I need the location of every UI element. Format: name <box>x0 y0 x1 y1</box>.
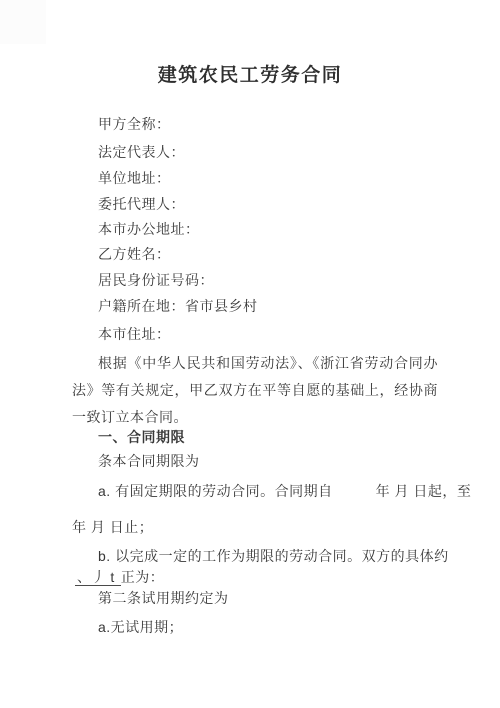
field-city-residence-address: 本市住址： <box>98 326 171 342</box>
field-city-office-address: 本市办公地址： <box>98 221 200 237</box>
section-1-heading: 一、合同期限 <box>98 429 185 445</box>
preamble-paragraph: 根据《中华人民共和国劳动法》、《浙江省劳动合同办法》等有关规定，甲乙双方在平等自… <box>72 350 438 431</box>
document-title: 建筑农民工劳务合同 <box>0 60 500 87</box>
field-entrusted-agent: 委托代理人： <box>98 196 185 212</box>
clause-b-work-term: b. 以完成一定的工作为期限的劳动合同。双方的具体约 <box>98 548 449 564</box>
clause-b-continuation: 、丿 t正为： <box>75 569 164 585</box>
field-party-b-name: 乙方姓名： <box>98 246 171 262</box>
clause-a-no-probation: a.无试用期； <box>98 619 183 635</box>
article-2-probation-intro: 第二条试用期约定为 <box>98 590 229 606</box>
clause-a-date-placeholders: 年 月 日起，至 <box>376 483 472 499</box>
field-resident-id-number: 居民身份证号码： <box>98 272 214 288</box>
field-unit-address: 单位地址： <box>98 170 171 186</box>
contract-document-page: 建筑农民工劳务合同 甲方全称： 法定代表人： 单位地址： 委托代理人： 本市办公… <box>0 0 500 708</box>
field-party-a-full-name: 甲方全称： <box>98 116 171 132</box>
clause-a-text: a. 有固定期限的劳动合同。合同期自 <box>98 483 333 499</box>
clause-a-fixed-term: a. 有固定期限的劳动合同。合同期自年 月 日起，至 <box>98 483 471 499</box>
clause-b-garbled-underlined-text: 、丿 t <box>75 569 121 586</box>
field-household-registration: 户籍所在地：省市县乡村 <box>98 298 258 314</box>
field-legal-representative: 法定代表人： <box>98 144 185 160</box>
clause-b-continuation-rest: 正为： <box>121 569 165 585</box>
clause-a-continuation: 年 月 日止； <box>72 519 153 535</box>
scan-artifact-square <box>0 0 46 44</box>
clause-term-intro: 条本合同期限为 <box>98 453 200 469</box>
